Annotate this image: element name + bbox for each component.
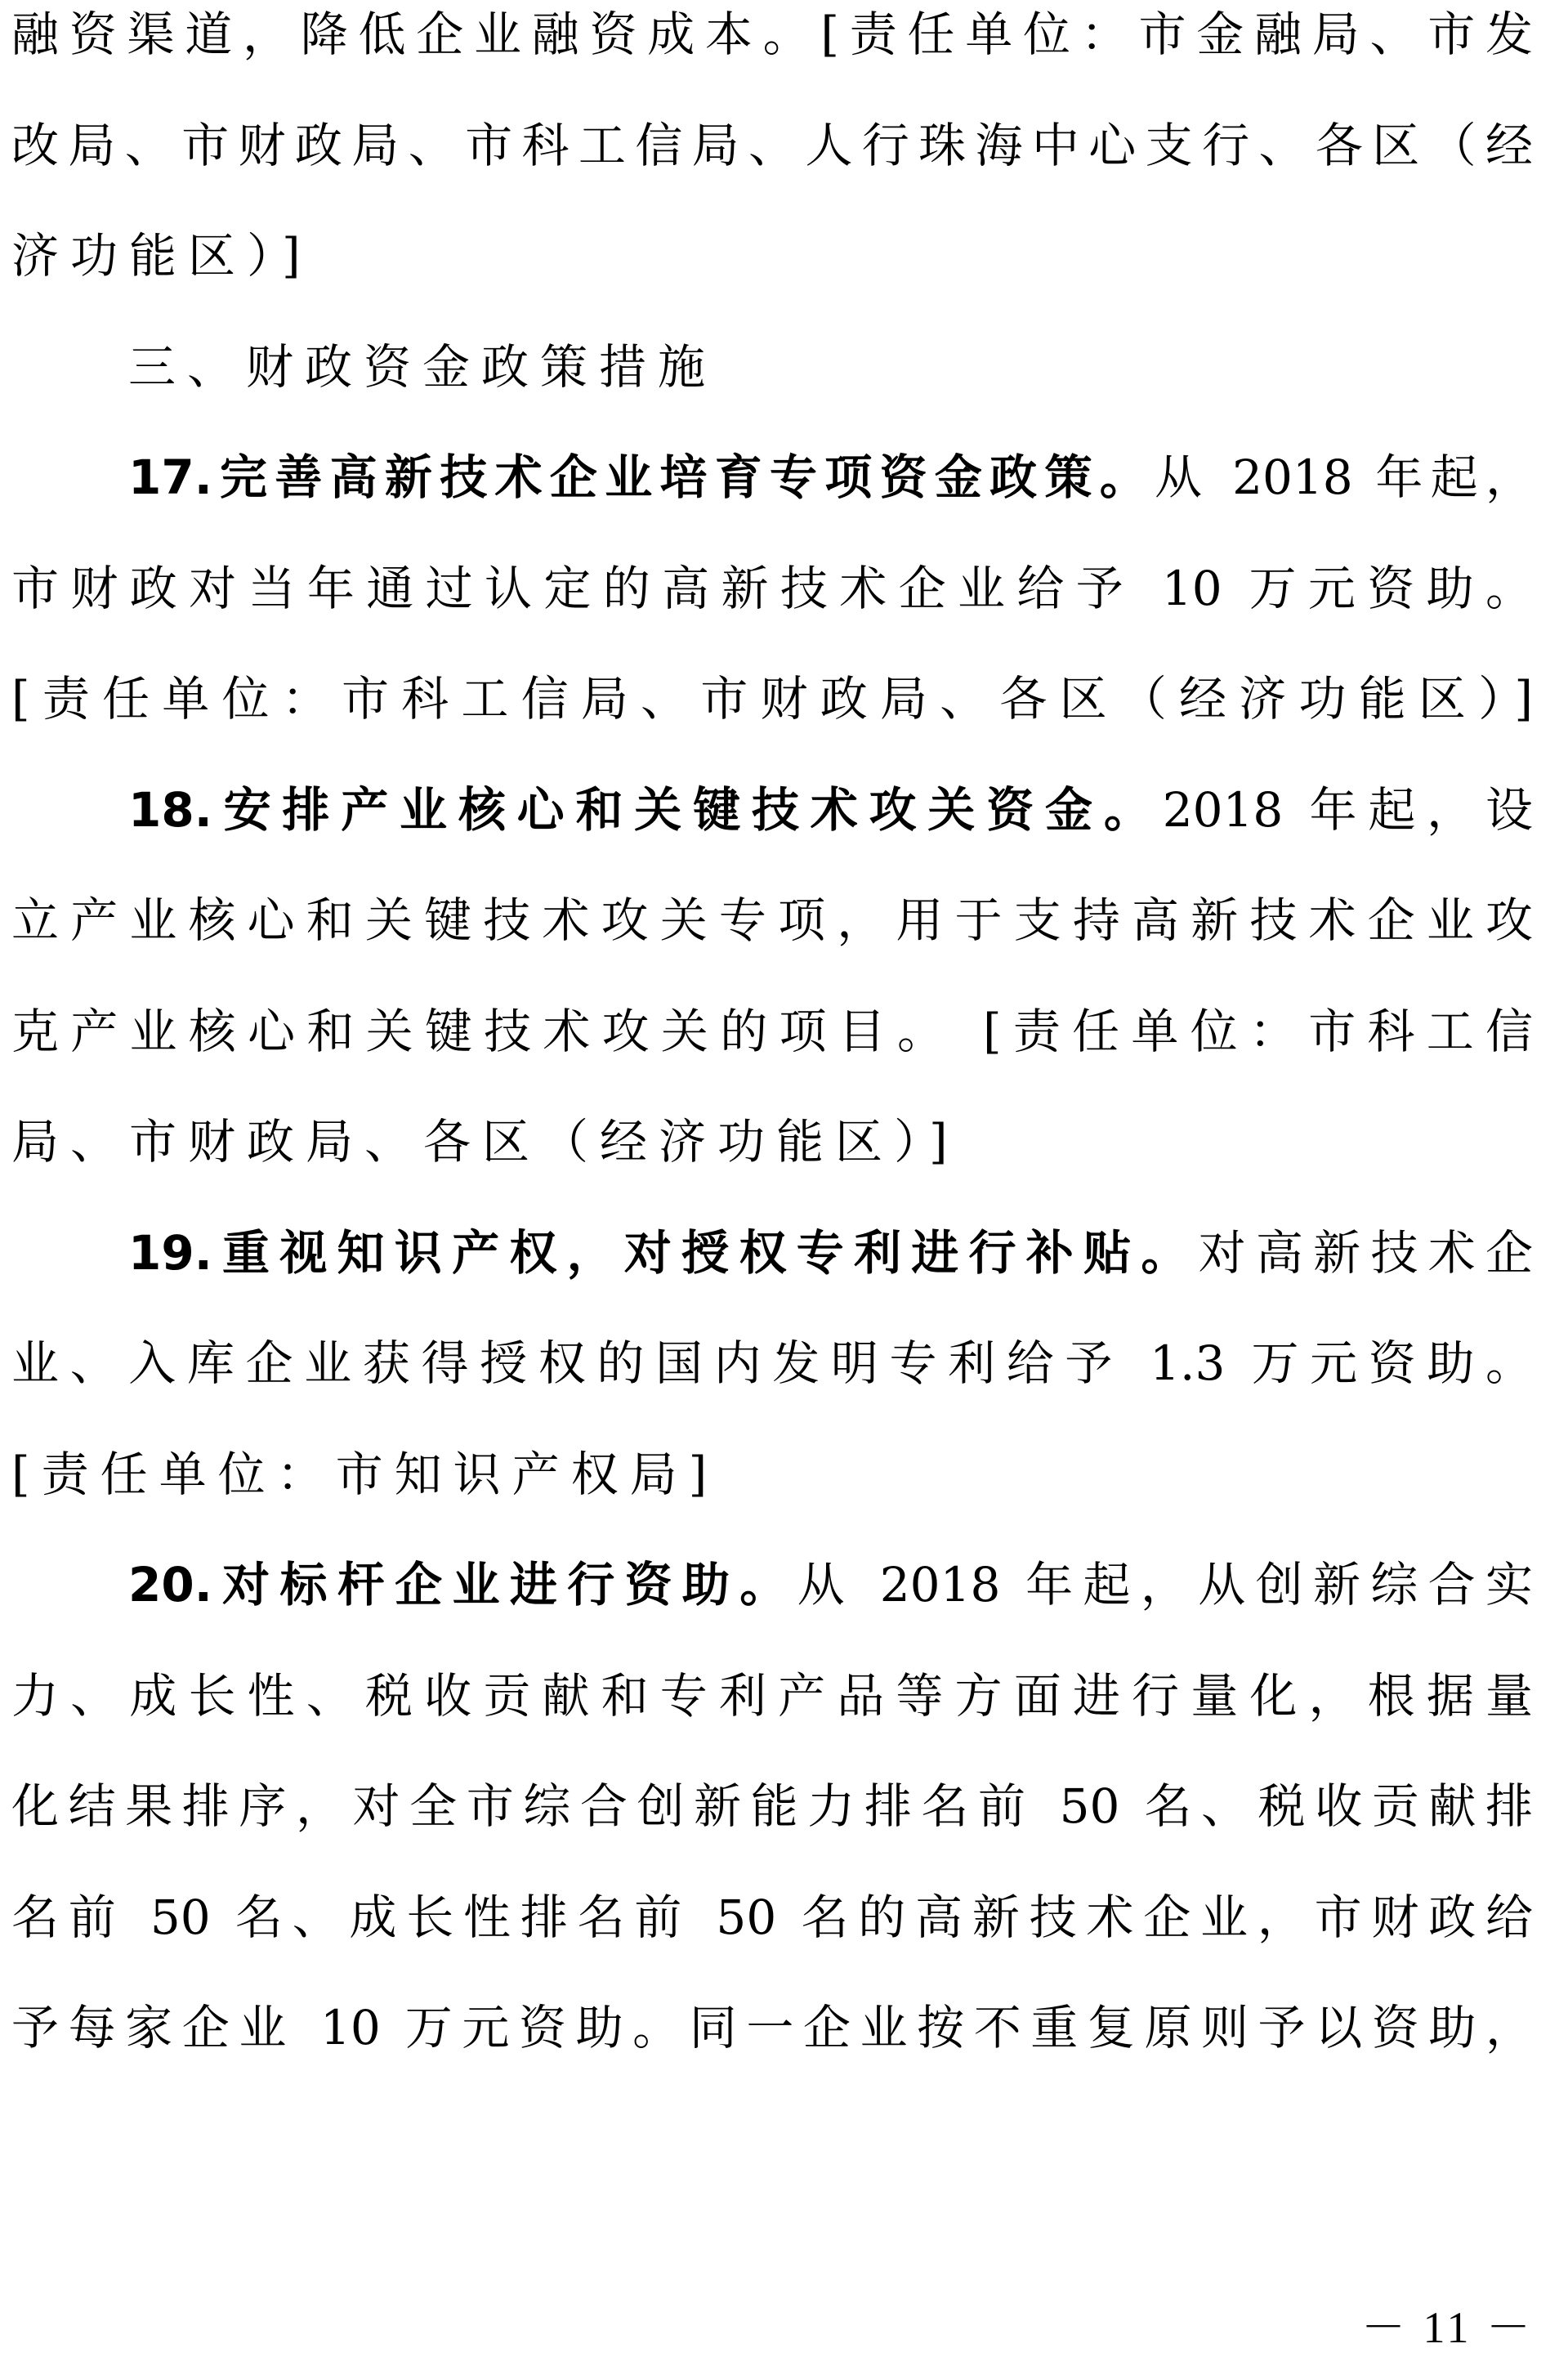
item-text: 从 2018 年起，: [1155, 449, 1533, 505]
item-title: 19.重视知识产权，对授权专利进行补贴。: [128, 1225, 1199, 1281]
policy-item-20: 20.对标杆企业进行资助。从 2018 年起，从创新综合实 力、成长性、税收贡献…: [11, 1555, 1533, 2109]
text-line: 济功能区）]: [11, 226, 1533, 338]
text-line: 化结果排序，对全市综合创新能力排名前 50 名、税收贡献排: [11, 1777, 1533, 1888]
item-title: 18.安排产业核心和关键技术攻关资金。: [128, 782, 1163, 838]
item-first-line: 20.对标杆企业进行资助。从 2018 年起，从创新综合实: [11, 1555, 1533, 1666]
item-title: 17.完善高新技术企业培育专项资金政策。: [128, 449, 1155, 505]
section-heading: 三、财政资金政策措施: [11, 338, 1533, 449]
item-text: 对高新技术企: [1199, 1225, 1533, 1281]
item-first-line: 18.安排产业核心和关键技术攻关资金。2018 年起，设: [11, 780, 1533, 892]
policy-item-19: 19.重视知识产权，对授权专利进行补贴。对高新技术企 业、入库企业获得授权的国内…: [11, 1223, 1533, 1556]
policy-item-18: 18.安排产业核心和关键技术攻关资金。2018 年起，设 立产业核心和关键技术攻…: [11, 780, 1533, 1223]
text-line: 改局、市财政局、市科工信局、人行珠海中心支行、各区（经: [11, 116, 1533, 227]
intro-paragraph: 融资渠道，降低企业融资成本。[责任单位：市金融局、市发 改局、市财政局、市科工信…: [11, 5, 1533, 338]
item-title: 20.对标杆企业进行资助。: [128, 1557, 797, 1612]
page-number: － 11 －: [1361, 2298, 1534, 2357]
text-line: [责任单位：市科工信局、市财政局、各区（经济功能区）]: [11, 669, 1533, 780]
text-line: 克产业核心和关键技术攻关的项目。 [责任单位：市科工信: [11, 1002, 1533, 1113]
text-line: 立产业核心和关键技术攻关专项，用于支持高新技术企业攻: [11, 891, 1533, 1002]
text-line: 融资渠道，降低企业融资成本。[责任单位：市金融局、市发: [11, 5, 1533, 116]
text-line: 予每家企业 10 万元资助。同一企业按不重复原则予以资助，: [11, 1998, 1533, 2109]
policy-item-17: 17.完善高新技术企业培育专项资金政策。从 2018 年起， 市财政对当年通过认…: [11, 448, 1533, 780]
text-line: 力、成长性、税收贡献和专利产品等方面进行量化，根据量: [11, 1666, 1533, 1778]
text-line: 业、入库企业获得授权的国内发明专利给予 1.3 万元资助。: [11, 1334, 1533, 1445]
item-text: 从 2018 年起，从创新综合实: [797, 1557, 1533, 1612]
text-line: [责任单位：市知识产权局]: [11, 1445, 1533, 1556]
text-line: 局、市财政局、各区（经济功能区）]: [11, 1112, 1533, 1223]
item-first-line: 19.重视知识产权，对授权专利进行补贴。对高新技术企: [11, 1223, 1533, 1335]
document-page: 融资渠道，降低企业融资成本。[责任单位：市金融局、市发 改局、市财政局、市科工信…: [11, 5, 1533, 2109]
text-line: 名前 50 名、成长性排名前 50 名的高新技术企业，市财政给: [11, 1888, 1533, 1999]
item-text: 2018 年起，设: [1163, 782, 1533, 838]
text-line: 市财政对当年通过认定的高新技术企业给予 10 万元资助。: [11, 559, 1533, 670]
item-first-line: 17.完善高新技术企业培育专项资金政策。从 2018 年起，: [11, 448, 1533, 559]
